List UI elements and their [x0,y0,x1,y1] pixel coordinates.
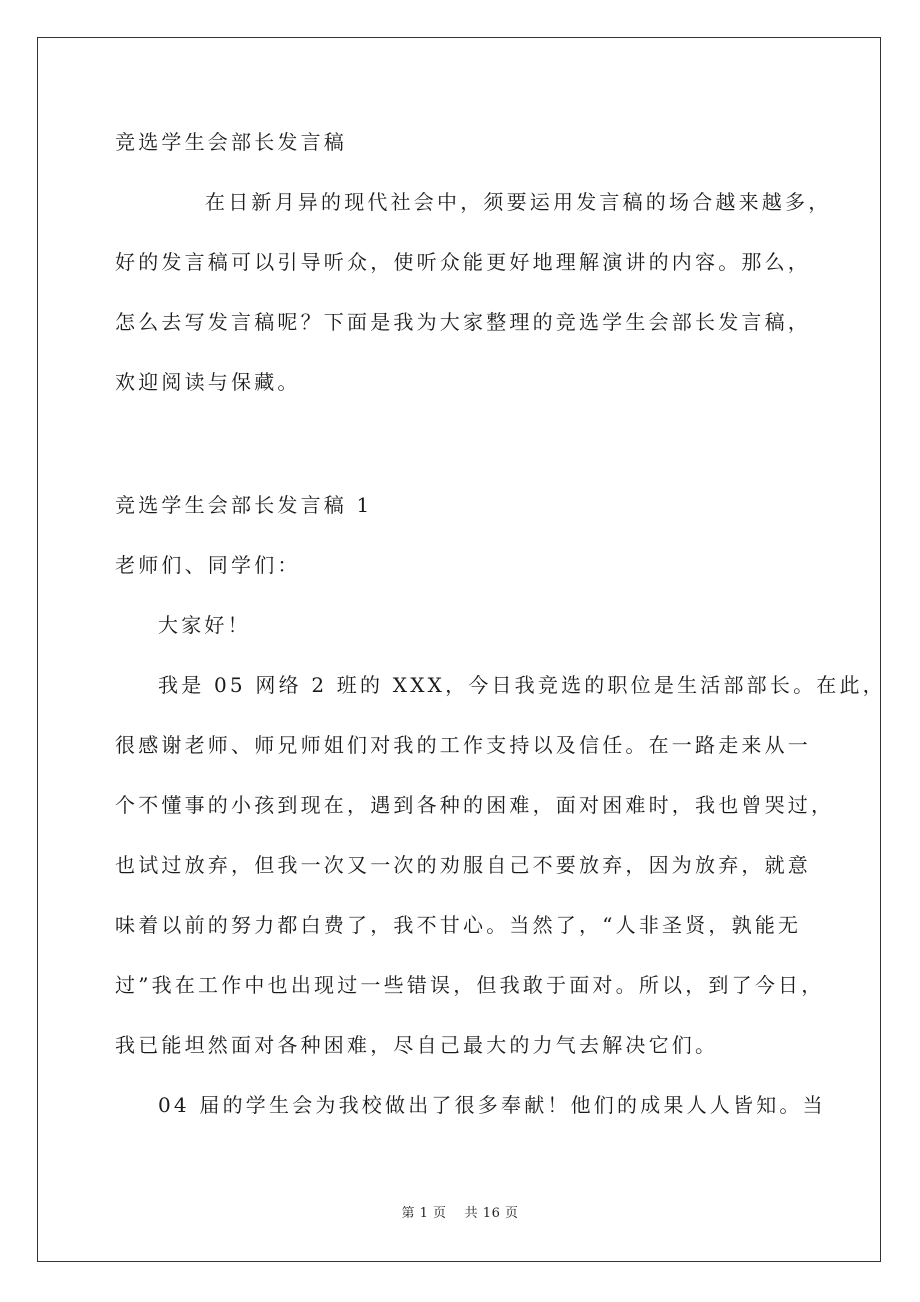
intro-line-4: 欢迎阅读与保藏。 [115,370,301,394]
section-title: 竞选学生会部长发言稿 1 [115,493,372,517]
intro-line-1: 在日新月异的现代社会中，须要运用发言稿的场合越来越多， [205,190,831,214]
body-line-2: 很感谢老师、师兄师姐们对我的工作支持以及信任。在一路走来从一 [115,733,811,757]
salutation: 老师们、同学们： [115,553,301,577]
body-line-6: 过”我在工作中也出现过一些错误，但我敢于面对。所以，到了今日， [115,973,824,997]
body-line-5: 味着以前的努力都白费了，我不甘心。当然了，“人非圣贤，孰能无 [115,913,801,937]
page-border [37,37,881,1262]
body-line-8: 04 届的学生会为我校做出了很多奉献！他们的成果人人皆知。当 [158,1093,826,1117]
body-line-7: 我已能坦然面对各种困难，尽自己最大的力气去解决它们。 [115,1033,718,1057]
greeting: 大家好！ [158,613,251,637]
document-title: 竞选学生会部长发言稿 [115,130,347,154]
intro-line-3: 怎么去写发言稿呢？下面是我为大家整理的竞选学生会部长发言稿， [115,310,811,334]
body-line-1: 我是 05 网络 2 班的 XXX，今日我竞选的职位是生活部部长。在此， [158,673,886,697]
body-line-3: 个不懂事的小孩到现在，遇到各种的困难，面对困难时，我也曾哭过， [115,793,834,817]
page-number-footer: 第 1 页 共 16 页 [0,1206,920,1222]
intro-line-2: 好的发言稿可以引导听众，使听众能更好地理解演讲的内容。那么， [115,250,811,274]
body-line-4: 也试过放弃，但我一次又一次的劝服自己不要放弃，因为放弃，就意 [115,853,811,877]
